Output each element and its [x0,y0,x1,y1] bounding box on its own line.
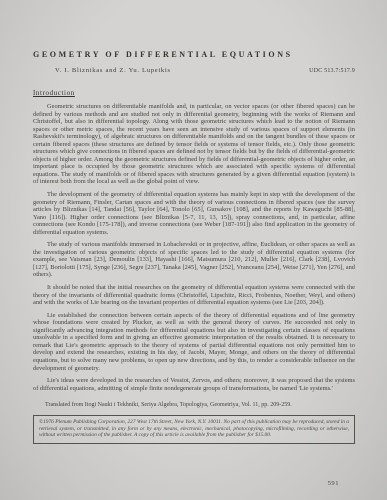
page-content: GEOMETRY OF DIFFERENTIAL EQUATIONS V. I.… [33,50,355,444]
intro-paragraph-6: Lie's ideas were developed in the resear… [33,377,355,392]
intro-paragraph-3: The study of various manifolds immersed … [33,241,355,279]
translation-footnote: Translated from Itogi Nauki i Tekhniki, … [33,402,355,409]
copyright-notice-box: ©1976 Plenum Publishing Corporation, 227… [33,415,355,444]
intro-paragraph-2: The development of the geometry of diffe… [33,191,355,236]
intro-paragraph-1: Geometric structures on differentiable m… [33,103,355,186]
scanned-paper-page: GEOMETRY OF DIFFERENTIAL EQUATIONS V. I.… [0,0,387,500]
paper-title: GEOMETRY OF DIFFERENTIAL EQUATIONS [33,50,355,59]
intro-paragraph-5: Lie established the connection between c… [33,312,355,372]
intro-paragraph-4: It should be noted that the initial rese… [33,284,355,307]
byline-row: V. I. Bliznikas and Z. Yu. Lupeikis UDC … [33,67,355,74]
page-number: 591 [328,480,339,487]
introduction-heading: Introduction [33,89,355,97]
authors-line: V. I. Bliznikas and Z. Yu. Lupeikis [33,67,171,74]
udc-code: UDC 513.7:517.9 [309,68,355,74]
